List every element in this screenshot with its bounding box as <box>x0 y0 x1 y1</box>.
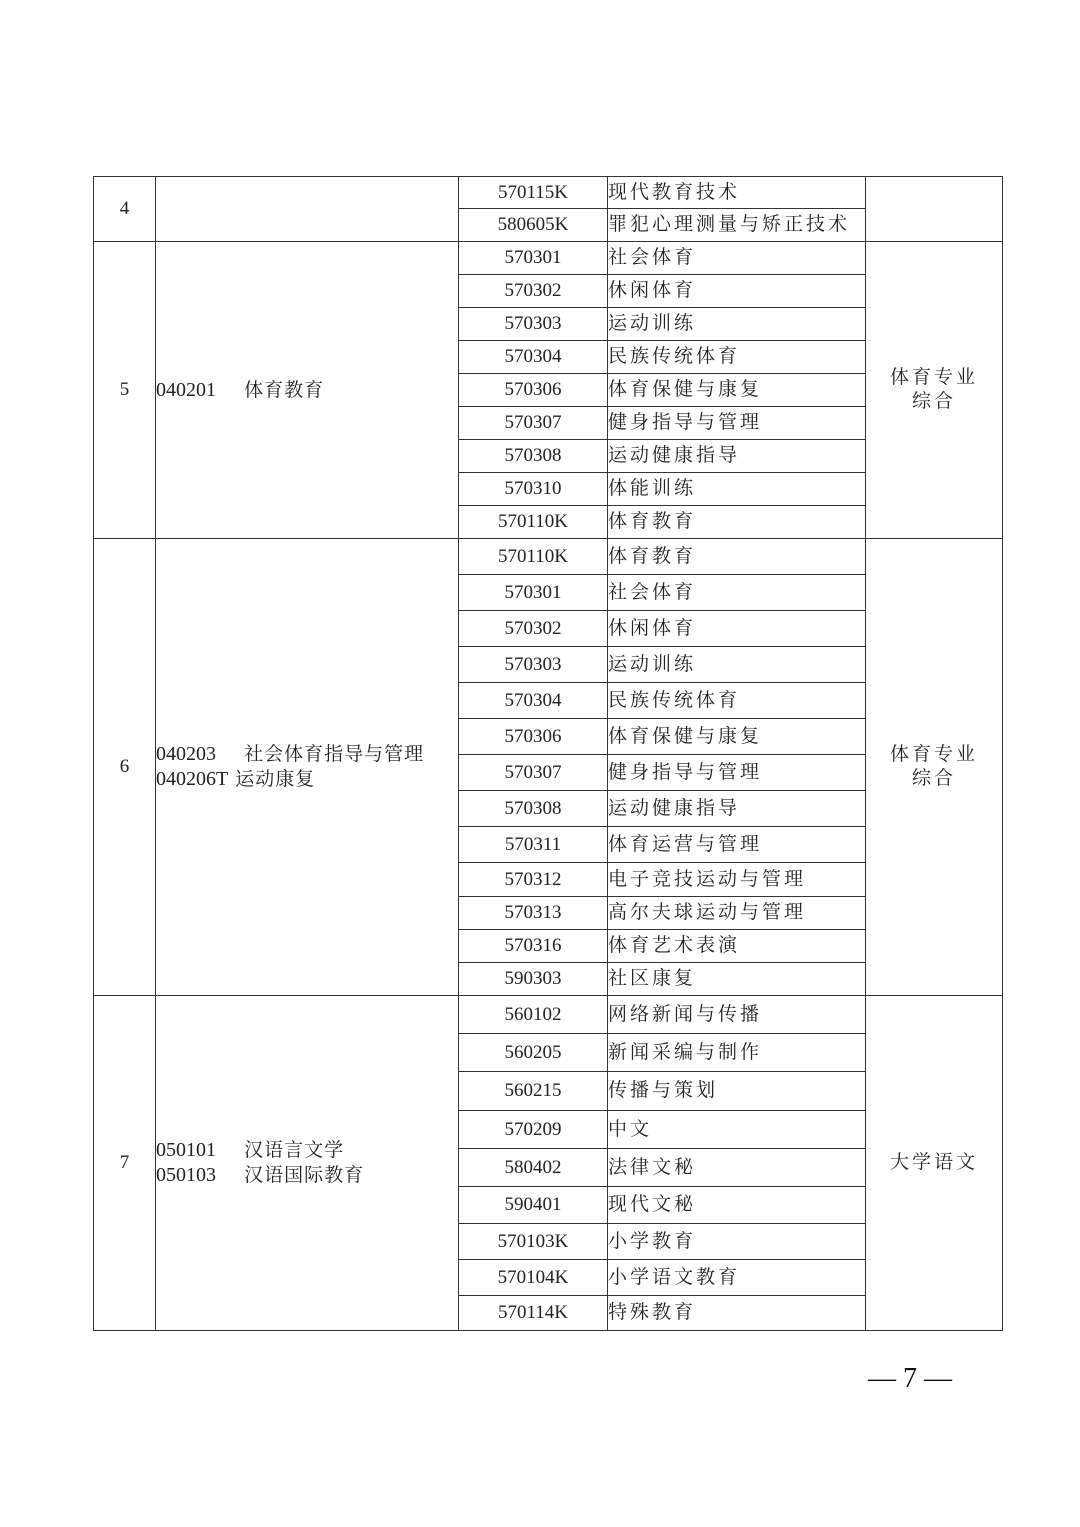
vocational-major-code: 570313 <box>459 897 608 930</box>
bachelor-major-name: 汉语国际教育 <box>244 1164 364 1186</box>
vocational-major-code: 560102 <box>459 996 608 1034</box>
vocational-major-name: 运动训练 <box>608 647 866 683</box>
table-row: 4570115K现代教育技术 <box>94 177 1003 209</box>
vocational-major-code: 570311 <box>459 827 608 863</box>
vocational-major-name: 体育教育 <box>608 539 866 575</box>
exam-subject: 大学语文 <box>866 996 1003 1331</box>
vocational-major-name: 社区康复 <box>608 963 866 996</box>
vocational-major-name: 运动健康指导 <box>608 440 866 473</box>
vocational-major-name: 运动训练 <box>608 308 866 341</box>
vocational-major-code: 570302 <box>459 611 608 647</box>
vocational-major-name: 体育保健与康复 <box>608 374 866 407</box>
vocational-major-code: 570104K <box>459 1260 608 1296</box>
vocational-major-code: 570301 <box>459 575 608 611</box>
bachelor-major: 050103 汉语国际教育 <box>156 1163 458 1188</box>
bachelor-major-code: 040206T <box>156 768 228 790</box>
vocational-major-name: 体育运营与管理 <box>608 827 866 863</box>
vocational-major-code: 570110K <box>459 539 608 575</box>
vocational-major-code: 570306 <box>459 374 608 407</box>
vocational-major-name: 休闲体育 <box>608 275 866 308</box>
vocational-major-name: 体育教育 <box>608 506 866 539</box>
vocational-major-code: 570307 <box>459 755 608 791</box>
vocational-major-code: 560215 <box>459 1072 608 1111</box>
vocational-major-name: 健身指导与管理 <box>608 407 866 440</box>
bachelor-major-name: 运动康复 <box>235 768 315 790</box>
vocational-major-code: 570303 <box>459 647 608 683</box>
bachelor-major: 040206T 运动康复 <box>156 767 458 792</box>
page-number: — 7 — <box>862 1363 958 1395</box>
vocational-major-name: 小学教育 <box>608 1224 866 1260</box>
bachelor-major-code: 050101 <box>156 1139 216 1161</box>
bachelor-major-name: 体育教育 <box>244 379 324 401</box>
bachelor-major-code: 040201 <box>156 379 216 401</box>
bachelor-majors-cell <box>156 177 459 242</box>
vocational-major-code: 570312 <box>459 863 608 897</box>
vocational-major-code: 590303 <box>459 963 608 996</box>
vocational-major-code: 570306 <box>459 719 608 755</box>
vocational-major-code: 590401 <box>459 1187 608 1224</box>
exam-subject <box>866 177 1003 242</box>
vocational-major-code: 580402 <box>459 1149 608 1187</box>
vocational-major-code: 570114K <box>459 1296 608 1331</box>
section-number: 5 <box>94 242 156 539</box>
section-number: 4 <box>94 177 156 242</box>
table-row: 6040203 社会体育指导与管理040206T 运动康复570110K体育教育… <box>94 539 1003 575</box>
bachelor-major: 040203 社会体育指导与管理 <box>156 742 458 767</box>
section-number: 7 <box>94 996 156 1331</box>
table-row: 5040201 体育教育570301社会体育体育专业综合 <box>94 242 1003 275</box>
exam-subject: 体育专业综合 <box>866 539 1003 996</box>
vocational-major-code: 570103K <box>459 1224 608 1260</box>
vocational-major-name: 中文 <box>608 1111 866 1149</box>
bachelor-major-name: 汉语言文学 <box>244 1139 344 1161</box>
vocational-major-name: 法律文秘 <box>608 1149 866 1187</box>
vocational-major-name: 传播与策划 <box>608 1072 866 1111</box>
vocational-major-code: 570304 <box>459 683 608 719</box>
vocational-major-code: 570307 <box>459 407 608 440</box>
vocational-major-name: 民族传统体育 <box>608 341 866 374</box>
vocational-major-name: 体能训练 <box>608 473 866 506</box>
vocational-major-name: 体育艺术表演 <box>608 930 866 963</box>
vocational-major-code: 580605K <box>459 209 608 242</box>
vocational-major-code: 570303 <box>459 308 608 341</box>
vocational-major-name: 社会体育 <box>608 242 866 275</box>
vocational-major-name: 小学语文教育 <box>608 1260 866 1296</box>
bachelor-major: 040201 体育教育 <box>156 378 458 403</box>
vocational-major-code: 570308 <box>459 791 608 827</box>
exam-subject: 体育专业综合 <box>866 242 1003 539</box>
vocational-major-name: 民族传统体育 <box>608 683 866 719</box>
vocational-major-name: 体育保健与康复 <box>608 719 866 755</box>
vocational-major-code: 570302 <box>459 275 608 308</box>
vocational-major-name: 现代教育技术 <box>608 177 866 209</box>
vocational-major-code: 560205 <box>459 1034 608 1072</box>
vocational-major-code: 570301 <box>459 242 608 275</box>
bachelor-major-code: 040203 <box>156 743 216 765</box>
bachelor-major-code: 050103 <box>156 1164 216 1186</box>
bachelor-major: 050101 汉语言文学 <box>156 1138 458 1163</box>
bachelor-major-name: 社会体育指导与管理 <box>244 743 424 765</box>
vocational-major-code: 570310 <box>459 473 608 506</box>
vocational-major-name: 社会体育 <box>608 575 866 611</box>
vocational-major-name: 运动健康指导 <box>608 791 866 827</box>
vocational-major-code: 570316 <box>459 930 608 963</box>
vocational-major-name: 新闻采编与制作 <box>608 1034 866 1072</box>
bachelor-majors-cell: 040201 体育教育 <box>156 242 459 539</box>
vocational-major-code: 570209 <box>459 1111 608 1149</box>
table-row: 7050101 汉语言文学050103 汉语国际教育560102网络新闻与传播大… <box>94 996 1003 1034</box>
vocational-major-code: 570304 <box>459 341 608 374</box>
vocational-major-code: 570110K <box>459 506 608 539</box>
section-number: 6 <box>94 539 156 996</box>
vocational-major-name: 现代文秘 <box>608 1187 866 1224</box>
vocational-major-name: 高尔夫球运动与管理 <box>608 897 866 930</box>
vocational-major-name: 网络新闻与传播 <box>608 996 866 1034</box>
vocational-major-name: 特殊教育 <box>608 1296 866 1331</box>
document-page: 4570115K现代教育技术580605K罪犯心理测量与矫正技术5040201 … <box>0 0 1080 1527</box>
bachelor-majors-cell: 040203 社会体育指导与管理040206T 运动康复 <box>156 539 459 996</box>
major-mapping-table: 4570115K现代教育技术580605K罪犯心理测量与矫正技术5040201 … <box>93 176 1003 1331</box>
vocational-major-name: 休闲体育 <box>608 611 866 647</box>
vocational-major-code: 570115K <box>459 177 608 209</box>
vocational-major-name: 电子竞技运动与管理 <box>608 863 866 897</box>
bachelor-majors-cell: 050101 汉语言文学050103 汉语国际教育 <box>156 996 459 1331</box>
vocational-major-name: 罪犯心理测量与矫正技术 <box>608 209 866 242</box>
vocational-major-code: 570308 <box>459 440 608 473</box>
vocational-major-name: 健身指导与管理 <box>608 755 866 791</box>
